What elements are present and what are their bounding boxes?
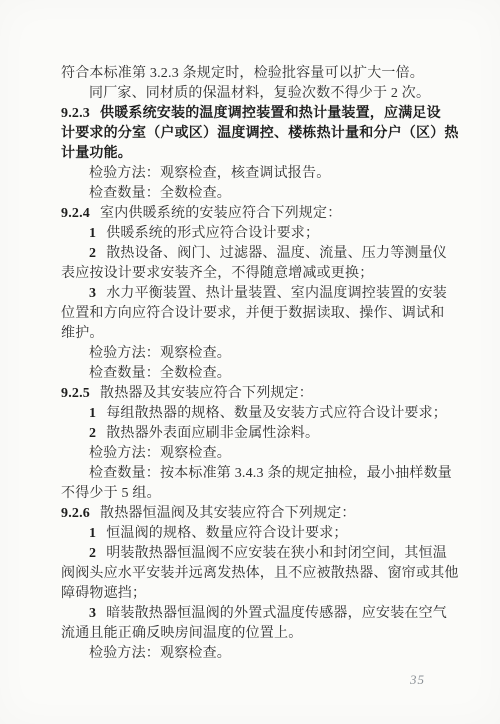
line-text: 不得少于 5 组。 <box>61 486 161 501</box>
text-line: 2散热器外表面应刷非金属性涂料。 <box>61 424 447 444</box>
text-line: 阀阀头应水平安装并远离发热体，且不应被散热器、窗帘或其他 <box>61 564 447 584</box>
clause-label: 2 <box>89 546 96 561</box>
line-text: 检验方法：观察检查。 <box>89 646 231 661</box>
line-text: 检验方法：观察检查。 <box>89 346 231 361</box>
text-line: 表应按设计要求安装齐全，不得随意增减或更换； <box>61 264 447 284</box>
document-page: 符合本标准第 3.2.3 条规定时，检验批容量可以扩大一倍。 同厂家、同材质的保… <box>0 0 500 724</box>
text-line: 9.2.3供暖系统安装的温度调控装置和热计量装置，应满足设 <box>61 104 447 124</box>
clause-label: 9.2.5 <box>61 386 90 401</box>
clause-label: 3 <box>89 286 96 301</box>
line-text: 水力平衡装置、热计量装置、室内温度调控装置的安装 <box>106 286 447 301</box>
text-line: 2散热设备、阀门、过滤器、温度、流量、压力等测量仪 <box>61 244 447 264</box>
text-line: 检验方法：观察检查。 <box>61 344 447 364</box>
line-text: 阀阀头应水平安装并远离发热体，且不应被散热器、窗帘或其他 <box>61 566 459 581</box>
text-line: 符合本标准第 3.2.3 条规定时，检验批容量可以扩大一倍。 <box>61 64 447 84</box>
clause-label: 9.2.4 <box>61 206 90 221</box>
clause-label: 9.2.3 <box>61 106 90 121</box>
clause-label: 1 <box>89 526 96 541</box>
line-text: 供暖系统安装的温度调控装置和热计量装置，应满足设 <box>100 106 441 121</box>
line-text: 检查数量：按本标准第 3.4.3 条的规定抽检，最小抽样数量 <box>89 466 452 481</box>
text-line: 检查数量：全数检查。 <box>61 184 447 204</box>
clause-label: 2 <box>89 426 96 441</box>
text-line: 检验方法：观察检查。 <box>61 444 447 464</box>
text-line: 计量功能。 <box>61 144 447 164</box>
clause-label: 2 <box>89 246 96 261</box>
text-line: 1每组散热器的规格、数量及安装方式应符合设计要求； <box>61 404 447 424</box>
text-line: 9.2.4室内供暖系统的安装应符合下列规定： <box>61 204 447 224</box>
line-text: 散热器恒温阀及其安装应符合下列规定： <box>100 506 356 521</box>
line-text: 流通且能正确反映房间温度的位置上。 <box>61 626 302 641</box>
line-text: 检查数量：全数检查。 <box>89 186 231 201</box>
text-line: 计要求的分室（户或区）温度调控、楼栋热计量和分户（区）热 <box>61 124 447 144</box>
page-number: 35 <box>410 672 425 688</box>
document-lines: 符合本标准第 3.2.3 条规定时，检验批容量可以扩大一倍。 同厂家、同材质的保… <box>61 64 447 664</box>
line-text: 散热器及其安装应符合下列规定： <box>100 386 313 401</box>
clause-label: 3 <box>89 606 96 621</box>
line-text: 暗装散热器恒温阀的外置式温度传感器，应安装在空气 <box>106 606 447 621</box>
line-text: 每组散热器的规格、数量及安装方式应符合设计要求； <box>106 406 447 421</box>
text-line: 9.2.5散热器及其安装应符合下列规定： <box>61 384 447 404</box>
line-text: 计量功能。 <box>61 146 132 161</box>
text-line: 2明装散热器恒温阀不应安装在狭小和封闭空间，其恒温 <box>61 544 447 564</box>
text-line: 维护。 <box>61 324 447 344</box>
line-text: 供暖系统的形式应符合设计要求； <box>106 226 319 241</box>
line-text: 符合本标准第 3.2.3 条规定时，检验批容量可以扩大一倍。 <box>61 66 424 81</box>
line-text: 检验方法：观察检查。 <box>89 446 231 461</box>
text-line: 检查数量：全数检查。 <box>61 364 447 384</box>
line-text: 维护。 <box>61 326 104 341</box>
line-text: 表应按设计要求安装齐全，不得随意增减或更换； <box>61 266 373 281</box>
text-line: 检验方法：观察检查，核查调试报告。 <box>61 164 447 184</box>
line-text: 障碍物遮挡； <box>61 586 146 601</box>
text-line: 检验方法：观察检查。 <box>61 644 447 664</box>
text-line: 3水力平衡装置、热计量装置、室内温度调控装置的安装 <box>61 284 447 304</box>
text-line: 不得少于 5 组。 <box>61 484 447 504</box>
line-text: 同厂家、同材质的保温材料，复验次数不得少于 2 次。 <box>89 86 430 101</box>
line-text: 位置和方向应符合设计要求，并便于数据读取、操作、调试和 <box>61 306 444 321</box>
line-text: 明装散热器恒温阀不应安装在狭小和封闭空间，其恒温 <box>106 546 447 561</box>
text-line: 检查数量：按本标准第 3.4.3 条的规定抽检，最小抽样数量 <box>61 464 447 484</box>
clause-label: 9.2.6 <box>61 506 90 521</box>
text-line: 1供暖系统的形式应符合设计要求； <box>61 224 447 244</box>
text-line: 同厂家、同材质的保温材料，复验次数不得少于 2 次。 <box>61 84 447 104</box>
line-text: 检查数量：全数检查。 <box>89 366 231 381</box>
line-text: 散热设备、阀门、过滤器、温度、流量、压力等测量仪 <box>106 246 447 261</box>
line-text: 散热器外表面应刷非金属性涂料。 <box>106 426 319 441</box>
clause-label: 1 <box>89 226 96 241</box>
clause-label: 1 <box>89 406 96 421</box>
line-text: 室内供暖系统的安装应符合下列规定： <box>100 206 341 221</box>
line-text: 检验方法：观察检查，核查调试报告。 <box>89 166 330 181</box>
text-line: 流通且能正确反映房间温度的位置上。 <box>61 624 447 644</box>
text-line: 位置和方向应符合设计要求，并便于数据读取、操作、调试和 <box>61 304 447 324</box>
line-text: 计要求的分室（户或区）温度调控、楼栋热计量和分户（区）热 <box>61 126 459 141</box>
line-text: 恒温阀的规格、数量应符合设计要求； <box>106 526 347 541</box>
text-line: 1恒温阀的规格、数量应符合设计要求； <box>61 524 447 544</box>
text-line: 障碍物遮挡； <box>61 584 447 604</box>
text-line: 9.2.6散热器恒温阀及其安装应符合下列规定： <box>61 504 447 524</box>
text-line: 3暗装散热器恒温阀的外置式温度传感器，应安装在空气 <box>61 604 447 624</box>
